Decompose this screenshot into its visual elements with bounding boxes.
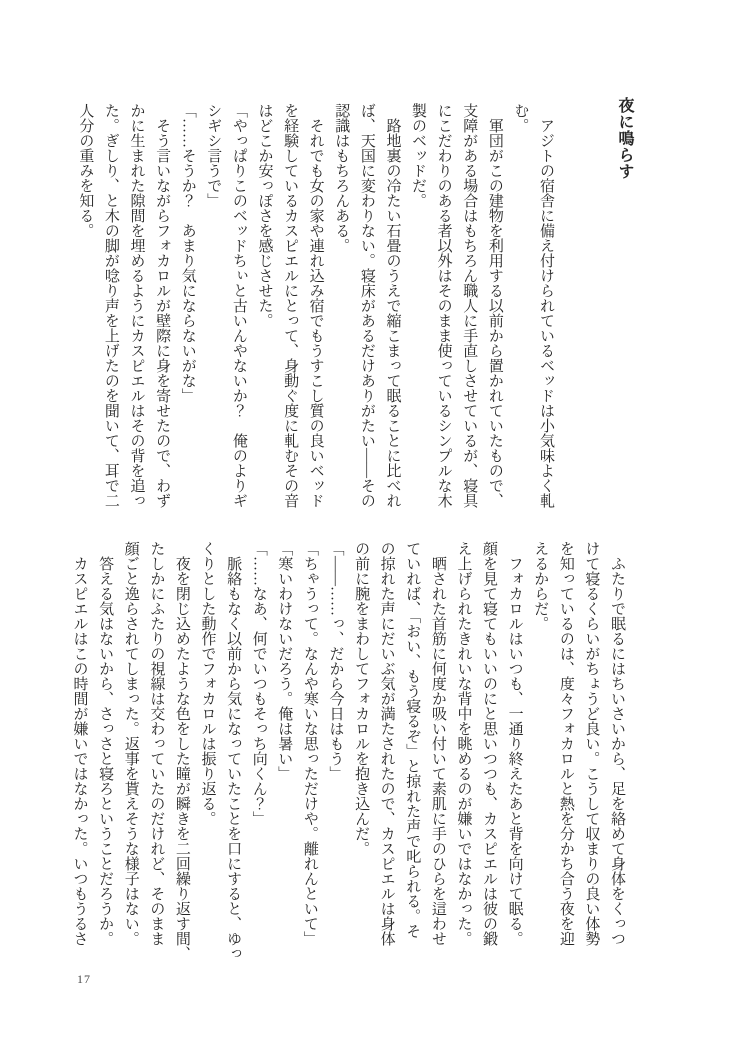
text-line: 「――……っ、だから今日はもう」: [322, 541, 348, 963]
text-line: にこだわりのある者以外はそのまま使っているシンプルな木: [430, 103, 456, 525]
text-line: たしかにふたりの視線は交わっていたのだけれど、そのまま: [143, 541, 169, 963]
text-line: を知っているのは、度々フォカロルと熱を分かち合う夜を迎: [552, 541, 578, 963]
text-line: た。ぎしり、と木の脚が唸り声を上げたのを聞いて、耳で二: [97, 103, 123, 525]
text-line: カスピエルはこの時間が嫌いではなかった。いつもうるさ: [66, 541, 92, 963]
text-block-bottom: ふたりで眠るにはちいさいから、足を絡めて身体をくっつ けて寝るくらいがちょうど良…: [66, 541, 629, 963]
text-line: 「……そうか？ あまり気にならないがな」: [174, 103, 200, 525]
text-line: を経験しているカスピエルにとって、身動ぐ度に軋むその音: [276, 103, 302, 525]
text-line: アジトの宿舎に備え付けられているベッドは小気味よく軋: [532, 103, 558, 525]
text-line: 顔を見て寝てもいいのにと思いつつも、カスピエルは彼の鍛: [475, 541, 501, 963]
text-block-top: アジトの宿舎に備え付けられているベッドは小気味よく軋 む。 軍団がこの建物を利用…: [72, 103, 558, 525]
text-line: そう言いながらフォカロルが壁際に身を寄せたので、わず: [149, 103, 175, 525]
text-line: 答える気はないから、さっさと寝ろということだろうか。: [92, 541, 118, 963]
text-line: それでも女の家や連れ込み宿でもうすこし質の良いベッド: [302, 103, 328, 525]
text-line: 「ちゃうって。なんや寒いな思っただけや。離れんといて」: [296, 541, 322, 963]
text-line: 路地裏の冷たい石畳のうえで縮こまって眠ることに比べれ: [379, 103, 405, 525]
text-line: ば、天国に変わりない。寝床があるだけありがたい――その: [353, 103, 379, 525]
text-line: 「寒いわけないだろう。俺は暑い」: [271, 541, 297, 963]
text-line: ふたりで眠るにはちいさいから、足を絡めて身体をくっつ: [603, 541, 629, 963]
book-page: 夜に鳴らす アジトの宿舎に備え付けられているベッドは小気味よく軋 む。 軍団がこ…: [0, 0, 746, 1039]
page-title: 夜に鳴らす: [615, 97, 634, 180]
text-line: くりとした動作でフォカロルは振り返る。: [194, 541, 220, 963]
text-line: 晒された首筋に何度か吸い付いて素肌に手のひらを這わせ: [424, 541, 450, 963]
text-line: の前に腕をまわしてフォカロルを抱き込んだ。: [347, 541, 373, 963]
text-line: かに生まれた隙間を埋めるようにカスピエルはその背を追っ: [123, 103, 149, 525]
text-line: む。: [507, 103, 533, 525]
page-number: 17: [77, 972, 91, 987]
text-line: 「やっぱりこのベッドちぃと古いんやないか？ 俺のよりギ: [225, 103, 251, 525]
text-line: ていれば、「おい、もう寝るぞ」と掠れた声で叱られる。そ: [399, 541, 425, 963]
text-line: はどこか安っぽさを感じさせた。: [251, 103, 277, 525]
text-line: の掠れた声にだいぶ気が満たされたので、カスピエルは身体: [373, 541, 399, 963]
text-line: フォカロルはいつも、一通り終えたあと背を向けて眠る。: [501, 541, 527, 963]
text-line: えるからだ。: [527, 541, 553, 963]
text-line: 脈絡もなく以前から気になっていたことを口にすると、ゆっ: [220, 541, 246, 963]
text-line: 支障がある場合はもちろん職人に手直しさせているが、寝具: [456, 103, 482, 525]
text-line: 製のベッドだ。: [404, 103, 430, 525]
text-line: 軍団がこの建物を利用する以前から置かれていたもので、: [481, 103, 507, 525]
text-line: 「……なあ、何でいつもそっち向くん？」: [245, 541, 271, 963]
text-line: 認識はもちろんある。: [328, 103, 354, 525]
text-line: けて寝るくらいがちょうど良い。こうして収まりの良い体勢: [578, 541, 604, 963]
text-line: え上げられたきれいな背中を眺めるのが嫌いではなかった。: [450, 541, 476, 963]
text-line: 人分の重みを知る。: [72, 103, 98, 525]
text-line: 顔ごと逸らされてしまった。返事を貰えそうな様子はない。: [117, 541, 143, 963]
text-line: 夜を閉じ込めたような色をした瞳が瞬きを二回繰り返す間、: [168, 541, 194, 963]
text-line: シギシ言うで」: [200, 103, 226, 525]
